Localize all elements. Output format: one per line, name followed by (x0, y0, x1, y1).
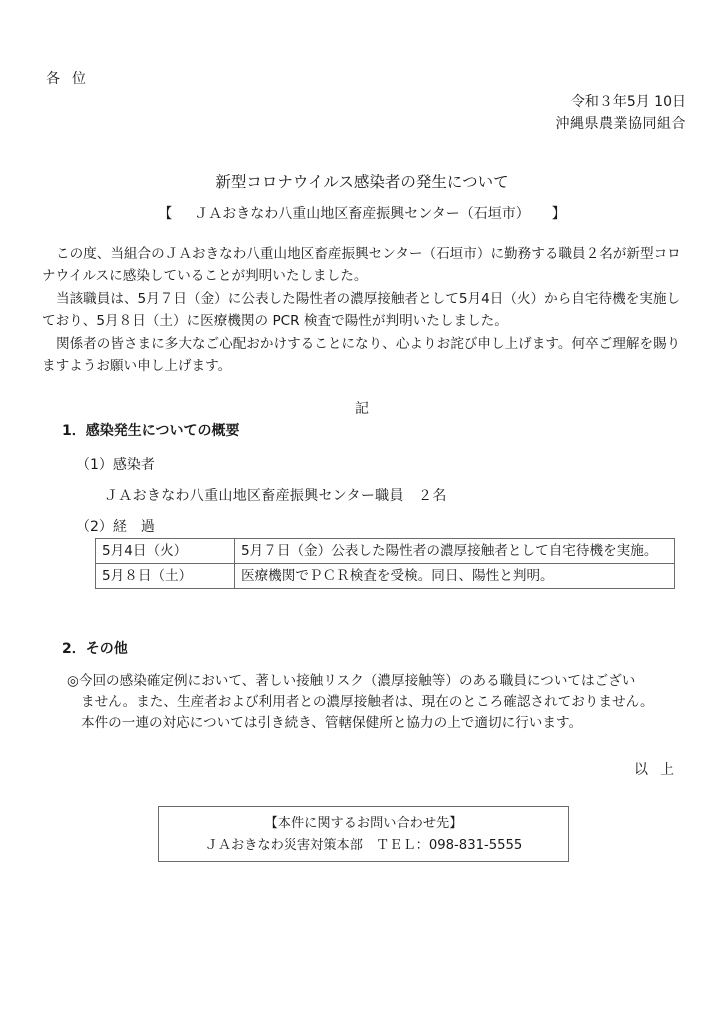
subsection-infected-heading: （1）感染者 (76, 456, 155, 474)
infected-summary: ＪＡおきなわ八重山地区畜産振興センター職員 ２名 (104, 487, 447, 505)
document-title: 新型コロナウイルス感染者の発生について (0, 170, 724, 192)
contact-phone: ＪＡおきなわ災害対策本部 ＴＥＬ：098-831-5555 (159, 837, 568, 855)
timeline-date: 5月８日（土） (96, 564, 235, 589)
subtitle-open-bracket: 【 (158, 206, 172, 222)
section-1-heading: 1．感染発生についての概要 (62, 422, 239, 440)
subtitle-text: ＪＡおきなわ八重山地区畜産振興センター（石垣市） (194, 206, 529, 222)
document-date: 令和３年5月 10日 (571, 93, 686, 111)
section-2-heading: 2．その他 (62, 640, 128, 658)
ki-marker: 記 (355, 400, 369, 418)
note-line: ません。また、生産者および利用者との濃厚接触者は、現在のところ確認されておりませ… (67, 692, 697, 713)
subsection-timeline-heading: （2）経 過 (76, 518, 155, 536)
contact-heading: 【本件に関するお問い合わせ先】 (159, 815, 568, 833)
timeline-event: 医療機関でＰＣＲ検査を受検。同日、陽性と判明。 (235, 564, 675, 589)
issuing-organization: 沖縄県農業協同組合 (556, 115, 687, 133)
table-row: 5月８日（土） 医療機関でＰＣＲ検査を受検。同日、陽性と判明。 (96, 564, 675, 589)
document-subtitle: 【ＪＡおきなわ八重山地区畜産振興センター（石垣市）】 (0, 203, 724, 223)
contact-box: 【本件に関するお問い合わせ先】 ＪＡおきなわ災害対策本部 ＴＥＬ：098-831… (158, 806, 569, 862)
timeline-event: 5月７日（金）公表した陽性者の濃厚接触者として自宅待機を実施。 (235, 539, 675, 564)
body-paragraph-3: 関係者の皆さまに多大なご心配おかけすることになり、心よりお詫び申し上げます。何卒… (42, 333, 684, 378)
addressee: 各位 (46, 70, 98, 88)
timeline-table: 5月4日（火） 5月７日（金）公表した陽性者の濃厚接触者として自宅待機を実施。 … (95, 538, 675, 589)
body-paragraph-2: 当該職員は、5月７日（金）に公表した陽性者の濃厚接触者として5月4日（火）から自… (42, 288, 684, 333)
note-line: ◎今回の感染確定例において、著しい接触リスク（濃厚接触等）のある職員についてはご… (67, 671, 697, 692)
closing-mark: 以上 (634, 761, 686, 779)
body-paragraph-1: この度、当組合のＪＡおきなわ八重山地区畜産振興センター（石垣市）に勤務する職員２… (42, 243, 684, 288)
table-row: 5月4日（火） 5月７日（金）公表した陽性者の濃厚接触者として自宅待機を実施。 (96, 539, 675, 564)
note-line: 本件の一連の対応については引き続き、管轄保健所と協力の上で適切に行います。 (67, 713, 697, 734)
timeline-date: 5月4日（火） (96, 539, 235, 564)
subtitle-close-bracket: 】 (552, 206, 566, 222)
other-notes: ◎今回の感染確定例において、著しい接触リスク（濃厚接触等）のある職員についてはご… (67, 671, 697, 734)
